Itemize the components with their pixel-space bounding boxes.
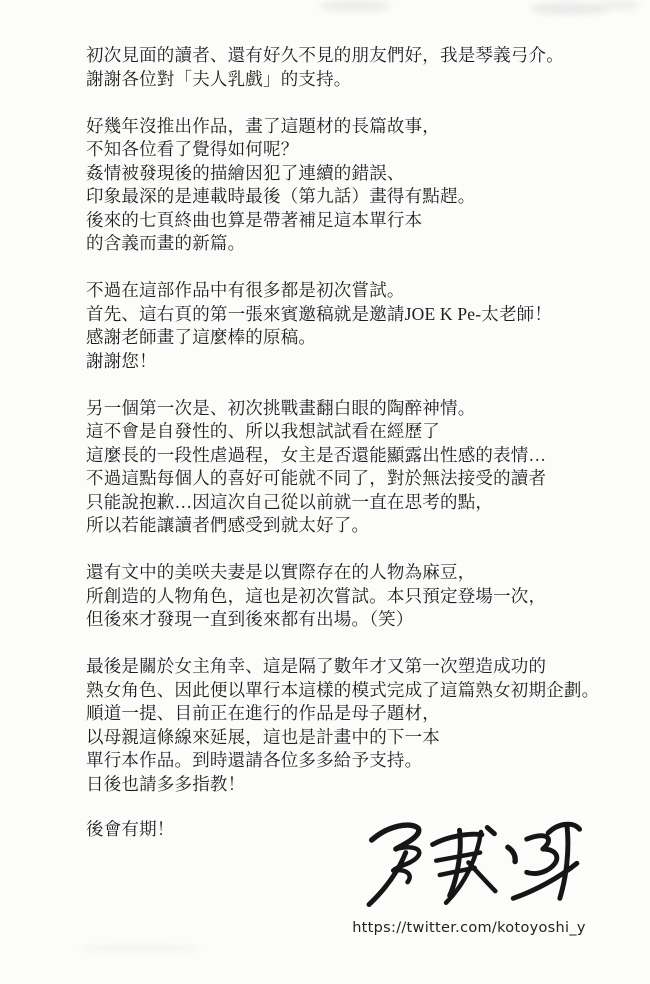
afterword-text: 初次見面的讀者、還有好久不見的朋友們好，我是琴義弓介。謝謝各位對「夫人乳戲」的支… (86, 44, 626, 796)
paragraph: 不過在這部作品中有很多都是初次嘗試。首先、這右頁的第一張來賓邀稿就是邀請JOE … (86, 279, 626, 373)
text-line: 另一個第一次是、初次挑戰畫翻白眼的陶醉神情。 (86, 397, 626, 421)
text-line: 這不會是自發性的、所以我想試試看在經歷了 (86, 420, 626, 444)
text-line: 熟女角色、因此便以單行本這樣的模式完成了這篇熟女初期企劃。 (86, 679, 626, 703)
text-line: 這麼長的一段性虐過程，女主是否還能顯露出性感的表情… (86, 444, 626, 468)
paragraph: 另一個第一次是、初次挑戰畫翻白眼的陶醉神情。這不會是自發性的、所以我想試試看在經… (86, 397, 626, 538)
text-line: 所創造的人物角色，這也是初次嘗試。本只預定登場一次， (86, 585, 626, 609)
closing-line: 後會有期！ (86, 818, 175, 842)
text-line: 不過在這部作品中有很多都是初次嘗試。 (86, 279, 626, 303)
paragraph: 還有文中的美咲夫妻是以實際存在的人物為麻豆，所創造的人物角色，這也是初次嘗試。本… (86, 561, 626, 632)
scan-smudge (320, 0, 390, 12)
text-line: 首先、這右頁的第一張來賓邀稿就是邀請JOE K Pe-太老師！ (86, 303, 626, 327)
scan-smudge (530, 2, 610, 15)
text-line: 好幾年沒推出作品，畫了這題材的長篇故事， (86, 115, 626, 139)
paragraph: 好幾年沒推出作品，畫了這題材的長篇故事，不知各位看了覺得如何呢？姦情被發現後的描… (86, 115, 626, 256)
scan-smudge (80, 946, 200, 951)
text-line: 姦情被發現後的描繪因犯了連續的錯誤、 (86, 162, 626, 186)
text-line: 還有文中的美咲夫妻是以實際存在的人物為麻豆， (86, 561, 626, 585)
text-line: 順道一提、目前正在進行的作品是母子題材， (86, 702, 626, 726)
text-line: 最後是關於女主角幸、這是隔了數年才又第一次塑造成功的 (86, 655, 626, 679)
signature-block: https://twitter.com/kotoyoshi_y (344, 806, 594, 936)
text-line: 以母親這條線來延展，這也是計畫中的下一本 (86, 726, 626, 750)
text-line: 感謝老師畫了這麼棒的原稿。 (86, 326, 626, 350)
paragraph: 初次見面的讀者、還有好久不見的朋友們好，我是琴義弓介。謝謝各位對「夫人乳戲」的支… (86, 44, 626, 91)
artist-twitter-url: https://twitter.com/kotoyoshi_y (344, 920, 594, 936)
text-line: 單行本作品。到時還請各位多多給予支持。 (86, 749, 626, 773)
text-line: 只能說抱歉…因這次自己從以前就一直在思考的點， (86, 491, 626, 515)
text-line: 初次見面的讀者、還有好久不見的朋友們好，我是琴義弓介。 (86, 44, 626, 68)
paragraph: 最後是關於女主角幸、這是隔了數年才又第一次塑造成功的熟女角色、因此便以單行本這樣… (86, 655, 626, 796)
afterword-page: 初次見面的讀者、還有好久不見的朋友們好，我是琴義弓介。謝謝各位對「夫人乳戲」的支… (0, 0, 650, 984)
text-line: 不過這點每個人的喜好可能就不同了，對於無法接受的讀者 (86, 467, 626, 491)
text-line: 所以若能讓讀者們感受到就太好了。 (86, 514, 626, 538)
text-line: 後來的七頁終曲也算是帶著補足這本單行本 (86, 209, 626, 233)
text-line: 謝謝您！ (86, 350, 626, 374)
text-line: 的含義而畫的新篇。 (86, 232, 626, 256)
text-line: 日後也請多多指教！ (86, 773, 626, 797)
text-line: 不知各位看了覺得如何呢？ (86, 138, 626, 162)
text-line: 但後來才發現一直到後來都有出場。（笑） (86, 608, 626, 632)
text-line: 印象最深的是連載時最後（第九話）畫得有點趕。 (86, 185, 626, 209)
artist-signature-icon (344, 806, 592, 918)
scan-smudge (600, 0, 640, 10)
text-line: 謝謝各位對「夫人乳戲」的支持。 (86, 68, 626, 92)
